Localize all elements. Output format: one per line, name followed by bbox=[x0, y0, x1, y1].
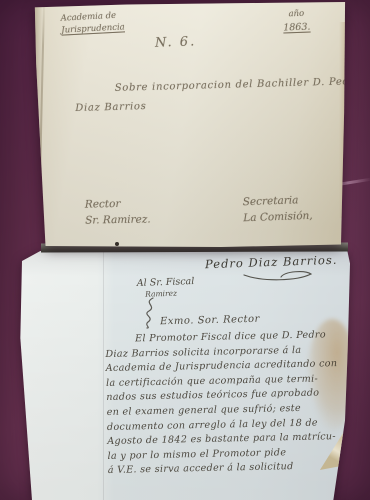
punch-hole bbox=[115, 242, 119, 246]
photo-background: Academia de Jurisprudencia año 1863. N. … bbox=[0, 0, 370, 500]
subject-title: Sobre incorporacion del Bachiller D. Ped… bbox=[75, 72, 363, 118]
rector-signoff: Rector Sr. Ramirez. bbox=[85, 195, 151, 228]
secretary-signoff: Secretaria La Comisión, bbox=[242, 192, 312, 226]
rector-name: Sr. Ramirez. bbox=[85, 211, 151, 228]
letter-paper: Pedro Diaz Barrios. Al Sr. Fiscal Ramire… bbox=[17, 251, 350, 500]
year-value: 1863. bbox=[283, 21, 311, 35]
year-label: año 1863. bbox=[283, 8, 311, 35]
file-number: N. 6. bbox=[155, 34, 197, 50]
cover-sheet: Academia de Jurisprudencia año 1863. N. … bbox=[33, 2, 346, 247]
paper-edge-discoloration bbox=[339, 22, 346, 218]
letter-body: El Promotor Fiscal dice que D. Pedro Dia… bbox=[105, 328, 352, 479]
year-word: año bbox=[283, 8, 311, 22]
cover-paper: Academia de Jurisprudencia año 1863. N. … bbox=[33, 2, 346, 247]
signature-flourish-icon bbox=[241, 269, 315, 283]
margin-fold-crease bbox=[103, 251, 104, 500]
letter-sheet: Pedro Diaz Barrios. Al Sr. Fiscal Ramire… bbox=[17, 251, 350, 500]
rector-role: Rector bbox=[85, 195, 151, 212]
salutation: Exmo. Sor. Rector bbox=[160, 314, 260, 328]
secretary-name: La Comisión, bbox=[243, 208, 313, 226]
archive-series-label: Academia de Jurisprudencia bbox=[60, 10, 125, 36]
